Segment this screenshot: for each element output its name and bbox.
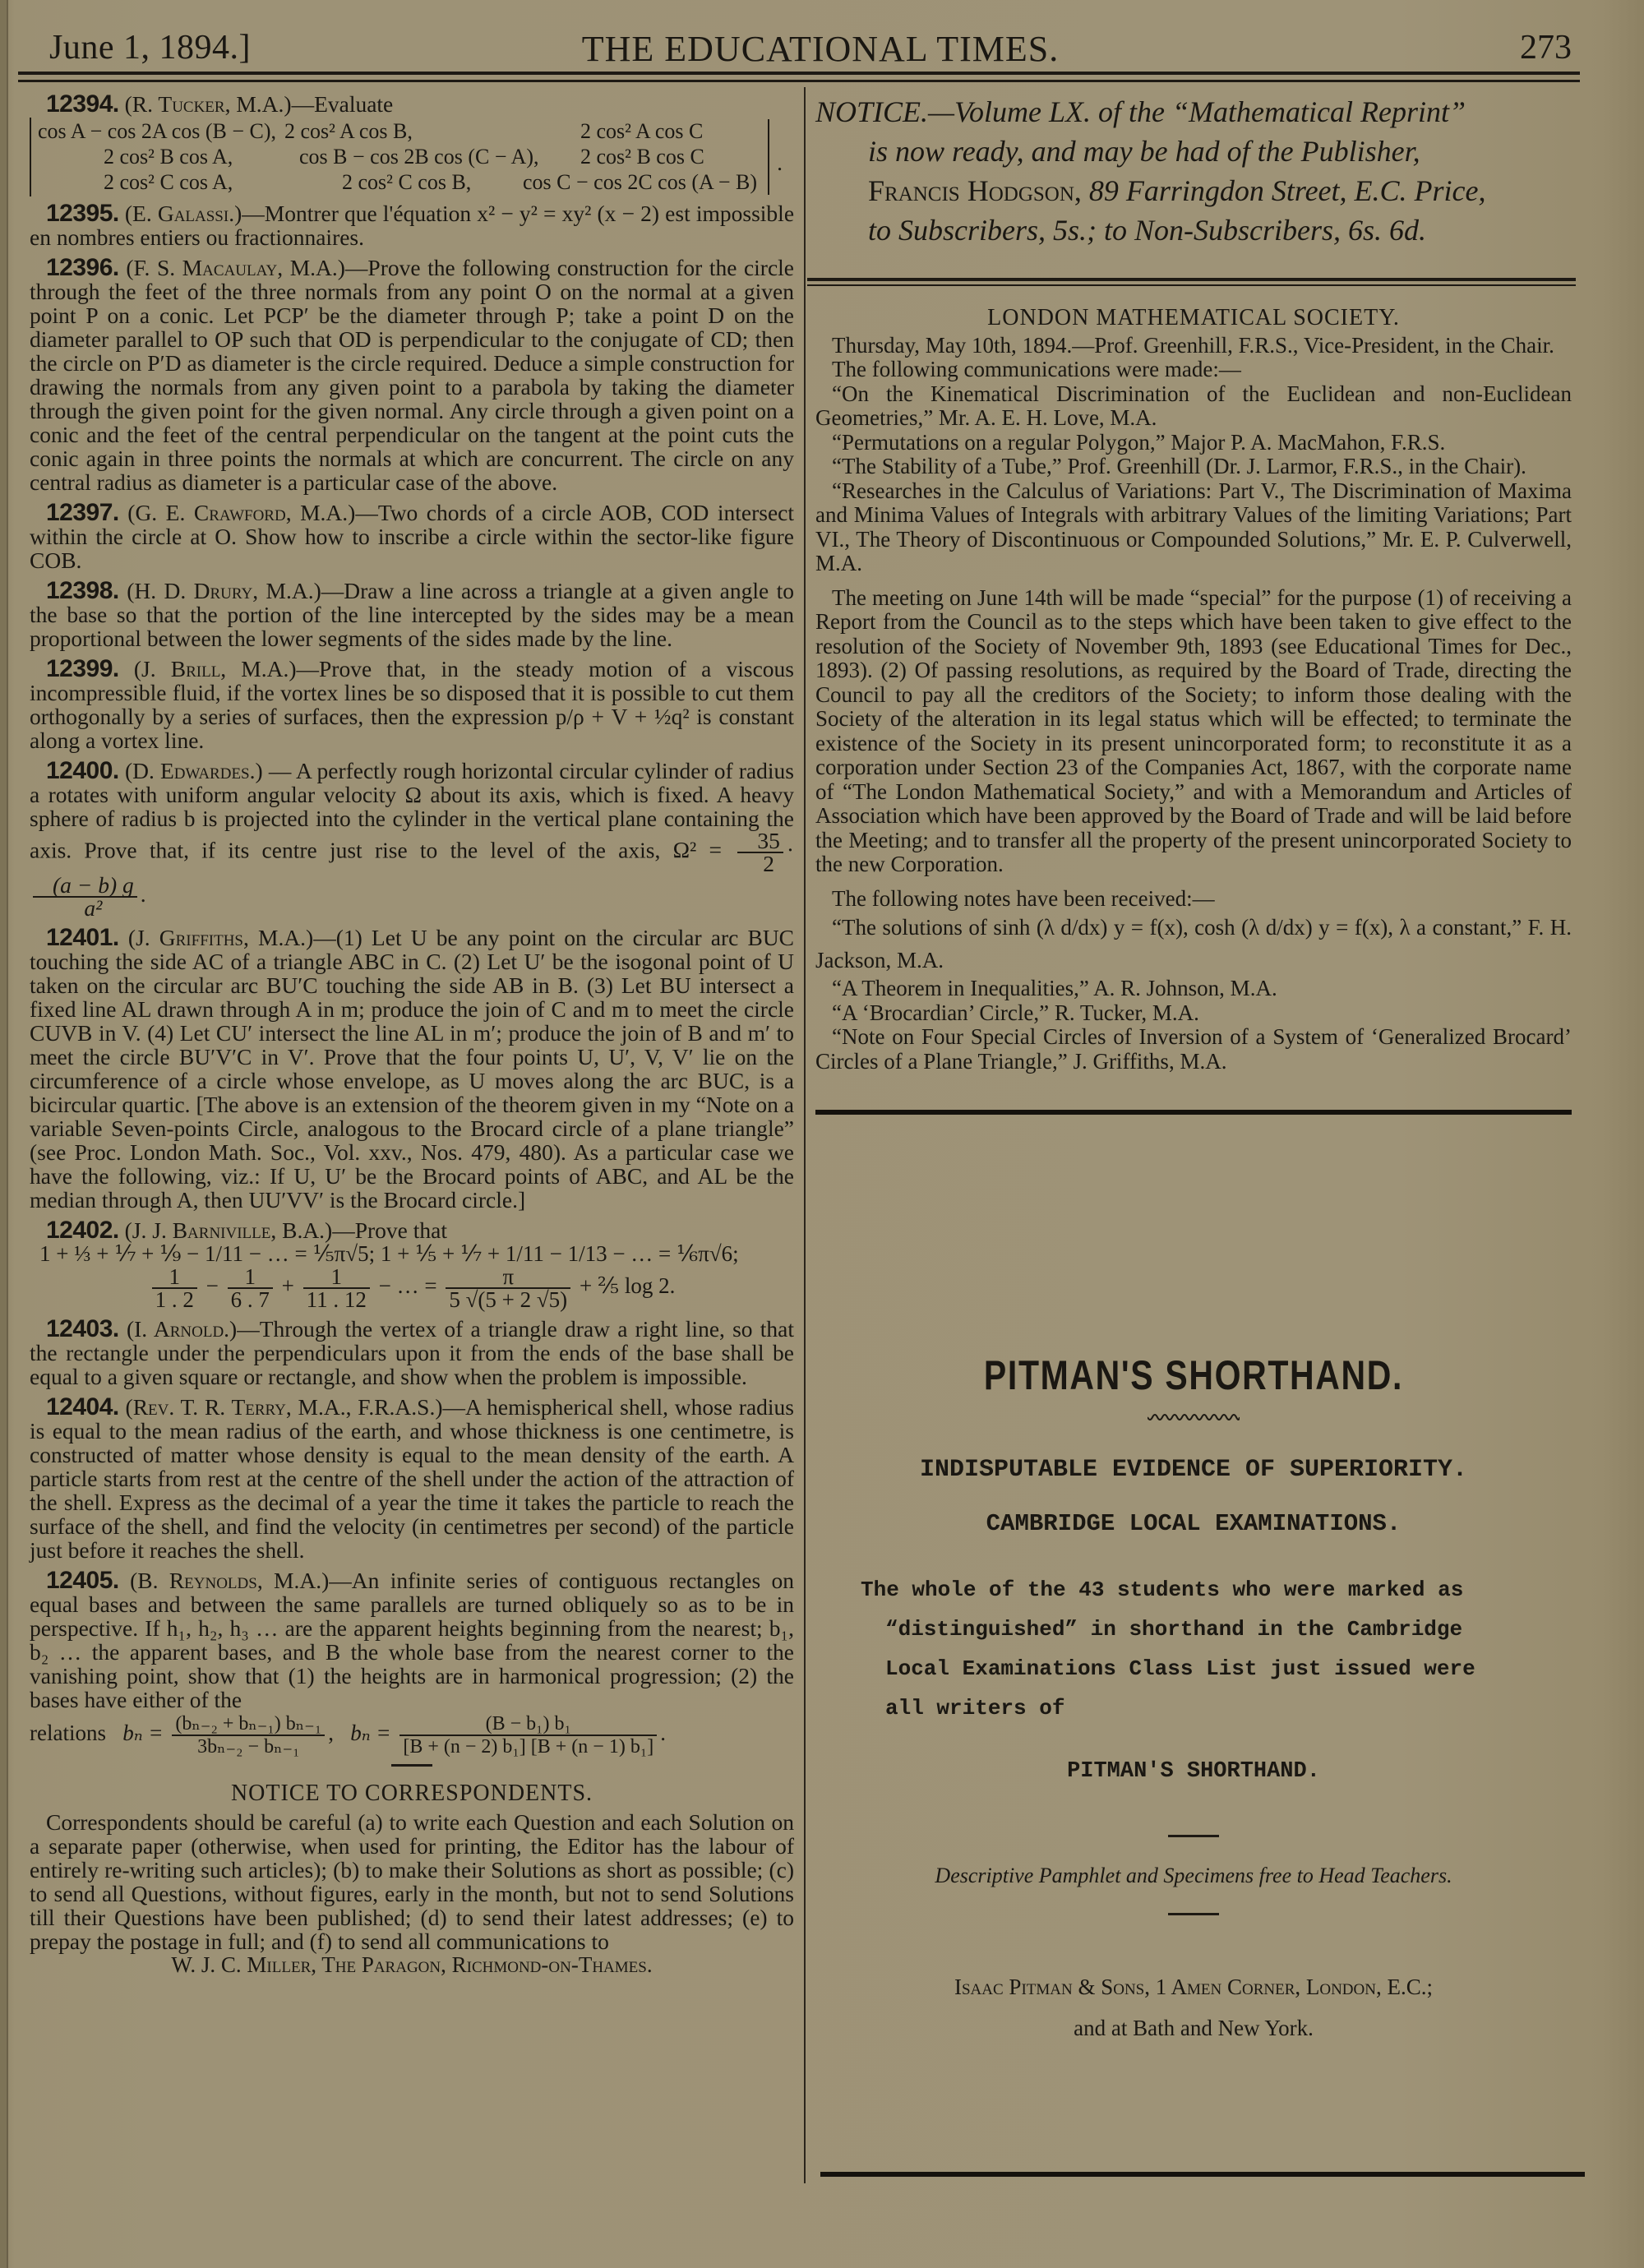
numerator: π [446,1266,570,1289]
ad-offer: Descriptive Pamphlet and Specimens free … [815,1864,1572,1888]
formula-lhs: Ω² = [673,837,722,862]
question-number: 12405. [46,1567,119,1594]
section-rule [807,278,1576,281]
correspondents-notice-title: NOTICE TO CORRESPONDENTS. [30,1781,794,1805]
matrix-cell: 2 cos² C cos B, [342,170,471,194]
question-number: 12402. [46,1217,119,1244]
header-rule [18,72,1580,75]
question-12396: 12396. (F. S. Macaulay, M.A.)—Prove the … [30,256,794,494]
pitman-advertisement: PITMAN'S SHORTHAND. INDISPUTABLE EVIDENC… [815,1332,1572,2049]
question-number: 12400. [46,757,119,784]
question-author: (I. Arnold.) [127,1316,237,1342]
question-text: —Evaluate [292,91,394,117]
question-number: 12404. [46,1393,119,1420]
right-column: NOTICE.—Volume LX. of the “Mathematical … [815,92,1572,1115]
formula-tail: + ⅖ log 2. [580,1273,675,1298]
question-author: (J. Griffiths, M.A.) [128,925,313,950]
question-author: (J. J. Barniville, B.A.) [125,1217,333,1243]
fraction: (a − b) ga² [33,875,137,919]
ad-rule [1168,1835,1219,1837]
lms-communication: “Researches in the Calculus of Variation… [815,479,1572,576]
ad-brand: PITMAN'S SHORTHAND. [815,1759,1572,1784]
lms-note: “A ‘Brocardian’ Circle,” R. Tucker, M.A. [815,1001,1572,1026]
fraction: π5 √(5 + 2 √5) [446,1266,570,1310]
ad-publisher-line: and at Bath and New York. [815,2007,1572,2049]
numerator: (B − b₁) b₁ [399,1713,657,1736]
question-author: (H. D. Drury, M.A.) [127,578,321,603]
numerator: (bₙ₋₂ + bₙ₋₁) bₙ₋₁ [172,1713,325,1736]
publication-title: THE EDUCATIONAL TIMES. [31,28,1609,70]
reprint-notice-line: Francis Hodgson, 89 Farringdon Street, E… [815,171,1567,210]
question-number: 12397. [46,499,119,526]
page-binding-edge [0,0,8,2268]
operator: · [787,837,794,862]
question-text: —A hemispherical shell, whose radius is … [30,1394,794,1563]
determinant-matrix: cos A − cos 2A cos (B − C), 2 cos² A cos… [30,118,769,196]
fraction: 111 . 12 [303,1266,370,1310]
question-12394: 12394. (R. Tucker, M.A.)—Evaluate [30,92,794,116]
question-author: (D. Edwardes.) [125,758,263,783]
reprint-notice-line: NOTICE.—Volume LX. of the “Mathematical … [815,95,1466,128]
fraction: 11 . 2 [152,1266,197,1310]
matrix-cell: 2 cos² B cos C [580,145,704,169]
numerator: (a − b) g [33,875,137,898]
column-divider [804,87,806,2183]
ad-body-line: “distinguished” in shorthand in the Camb… [861,1610,1543,1649]
question-text: —(1) Let U be any point on the circular … [30,925,794,1213]
lms-notes-intro: The following notes have been received:— [815,887,1572,912]
question-text: —Prove the following construction for th… [30,255,794,495]
question-12399: 12399. (J. Brill, M.A.)—Prove that, in t… [30,657,794,752]
fraction: (B − b₁) b₁[B + (n − 2) b₁] [B + (n − 1)… [399,1713,657,1758]
question-text: —Prove that [332,1217,447,1243]
series-formula-1: 1 + ⅓ + ⅐ + ⅑ − 1/11 − … = ⅕π√5; 1 + ⅕ +… [30,1242,794,1266]
correspondents-notice-body: Correspondents should be careful (a) to … [30,1810,794,1953]
reprint-notice-line: is now ready, and may be had of the Publ… [815,132,1567,171]
question-author: (E. Galassi.) [125,201,242,226]
publisher-name: Francis Hodgson, [868,174,1082,207]
fraction: (bₙ₋₂ + bₙ₋₁) bₙ₋₁3bₙ₋₂ − bₙ₋₁ [172,1713,325,1758]
header-rule-thin [18,80,1580,82]
denominator: 1 . 2 [152,1289,197,1310]
question-12403: 12403. (I. Arnold.)—Through the vertex o… [30,1317,794,1388]
question-12402: 12402. (J. J. Barniville, B.A.)—Prove th… [30,1218,794,1242]
fraction: 352 [737,830,783,875]
formula-lead: relations [30,1721,106,1745]
section-rule [391,1764,432,1767]
matrix-cell: cos B − cos 2B cos (C − A), [299,145,538,169]
denominator: a² [33,898,137,919]
denominator: 2 [737,853,783,875]
matrix-cell: 2 cos² B cos A, [104,145,233,169]
question-12395: 12395. (E. Galassi.)—Montrer que l'équat… [30,201,794,249]
question-author: (G. E. Crawford, M.A.) [127,500,355,525]
relations-formula: relations bₙ = (bₙ₋₂ + bₙ₋₁) bₙ₋₁3bₙ₋₂ −… [30,1713,794,1758]
ad-body-line: all writers of [861,1688,1543,1728]
lms-note: “A Theorem in Inequalities,” A. R. Johns… [815,977,1572,1001]
numerator: 1 [152,1266,197,1289]
matrix-cell: 2 cos² C cos A, [104,170,233,194]
ad-publisher: Isaac Pitman & Sons, 1 Amen Corner, Lond… [815,1966,1572,2049]
question-author: (B. Reynolds, M.A.) [130,1568,329,1593]
question-12401: 12401. (J. Griffiths, M.A.)—(1) Let U be… [30,926,794,1212]
matrix-cell: 2 cos² A cos B, [284,119,413,143]
numerator: 1 [303,1266,370,1289]
formula-lhs: bₙ = [350,1721,390,1745]
ad-body-line: Local Examinations Class List just issue… [861,1649,1543,1688]
lms-communication: “Permutations on a regular Polygon,” Maj… [815,431,1572,455]
question-number: 12403. [46,1315,119,1342]
question-number: 12399. [46,655,119,682]
bottom-rule [820,2172,1585,2177]
question-number: 12401. [46,924,119,951]
publisher-address: 89 Farringdon Street, E.C. Price, [1082,174,1486,207]
matrix-cell: 2 cos² A cos C [580,119,703,143]
ad-subtitle: CAMBRIDGE LOCAL EXAMINATIONS. [815,1510,1572,1537]
denominator: 5 √(5 + 2 √5) [446,1289,570,1310]
ad-rule [1168,1913,1219,1915]
lms-note: “The solutions of sinh (λ d/dx) y = f(x)… [815,911,1572,977]
series-formula-2: 11 . 2 − 16 . 7 + 111 . 12 − … = π5 √(5 … [30,1266,794,1310]
denominator: 3bₙ₋₂ − bₙ₋₁ [172,1736,325,1758]
page-number: 273 [1520,28,1572,67]
question-12398: 12398. (H. D. Drury, M.A.)—Draw a line a… [30,579,794,650]
numerator: 35 [737,830,783,853]
left-column: 12394. (R. Tucker, M.A.)—Evaluate cos A … [30,92,794,1977]
reprint-notice: NOTICE.—Volume LX. of the “Mathematical … [815,92,1572,250]
wavy-divider-icon [1148,1414,1240,1424]
matrix-cell: cos C − cos 2C cos (A − B) [523,170,757,194]
question-12400: 12400. (D. Edwardes.) — A perfectly roug… [30,759,794,919]
lms-communication: “On the Kinematical Discrimination of th… [815,382,1572,431]
ad-title: PITMAN'S SHORTHAND. [884,1351,1503,1399]
question-author: (R. Tucker, M.A.) [125,91,292,117]
reprint-notice-line: to Subscribers, 5s.; to Non-Subscribers,… [815,210,1567,250]
page-header: June 1, 1894.] THE EDUCATIONAL TIMES. 27… [31,21,1609,71]
punctuation: . [660,1721,666,1745]
denominator: 11 . 12 [303,1289,370,1310]
lms-meeting: Thursday, May 10th, 1894.—Prof. Greenhil… [815,334,1572,358]
ad-subtitle: INDISPUTABLE EVIDENCE OF SUPERIORITY. [815,1456,1572,1484]
matrix-cell: cos A − cos 2A cos (B − C), [38,119,276,143]
question-12405: 12405. (B. Reynolds, M.A.)—An infinite s… [30,1568,794,1711]
lms-special-meeting: The meeting on June 14th will be made “s… [815,586,1572,877]
denominator: 6 . 7 [228,1289,273,1310]
punctuation: . [141,881,146,907]
question-author: (J. Brill, M.A.) [134,656,297,681]
lms-communication: “The Stability of a Tube,” Prof. Greenhi… [815,455,1572,479]
lms-title: LONDON MATHEMATICAL SOCIETY. [815,306,1572,330]
question-author: (Rev. T. R. Terry, M.A., F.R.A.S.) [126,1394,443,1420]
question-number: 12395. [46,200,119,227]
question-author: (F. S. Macaulay, M.A.) [126,255,345,280]
ad-publisher-line: Isaac Pitman & Sons, 1 Amen Corner, Lond… [815,1966,1572,2007]
question-number: 12396. [46,254,119,281]
section-rule [815,1110,1572,1115]
question-number: 12394. [46,90,119,118]
fraction: 16 . 7 [228,1266,273,1310]
section-rule-thin [807,284,1576,286]
numerator: 1 [228,1266,273,1289]
punctuation: , [328,1721,334,1745]
question-12404: 12404. (Rev. T. R. Terry, M.A., F.R.A.S.… [30,1395,794,1562]
ad-body-line: The whole of the 43 students who were ma… [861,1570,1543,1610]
lms-note: “Note on Four Special Circles of Inversi… [815,1025,1572,1074]
ad-body: The whole of the 43 students who were ma… [861,1570,1543,1728]
newspaper-page: June 1, 1894.] THE EDUCATIONAL TIMES. 27… [0,0,1644,2268]
correspondents-address: W. J. C. Miller, The Paragon, Richmond-o… [30,1953,794,1977]
question-12397: 12397. (G. E. Crawford, M.A.)—Two chords… [30,501,794,572]
lms-intro: The following communications were made:— [815,358,1572,382]
question-number: 12398. [46,577,119,604]
denominator: [B + (n − 2) b₁] [B + (n − 1) b₁] [399,1736,657,1758]
formula-lhs: bₙ = [122,1721,163,1745]
